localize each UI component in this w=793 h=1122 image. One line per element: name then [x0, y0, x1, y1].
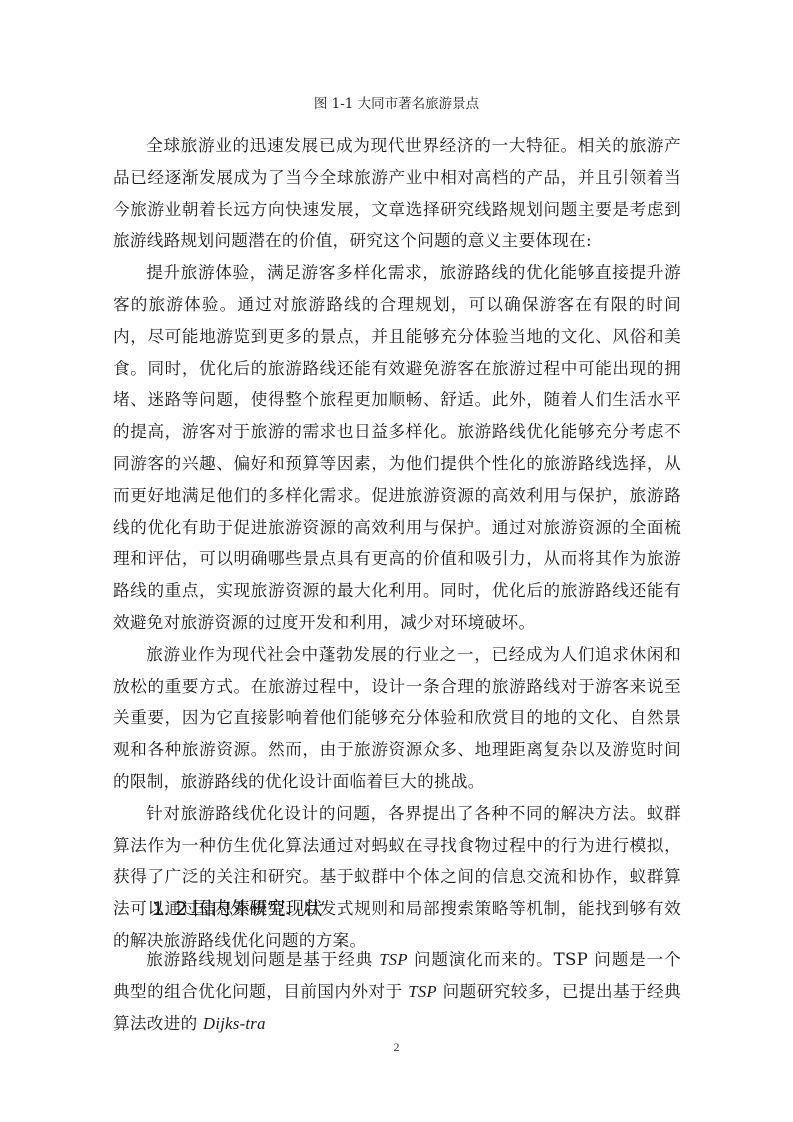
italic-term: Dijks-tra	[203, 1014, 266, 1033]
section-heading: 1. 2 国内外研究现状	[152, 896, 323, 924]
paragraph: 提升旅游体验，满足游客多样化需求，旅游路线的优化能够直接提升游客的旅游体验。通过…	[113, 257, 681, 639]
text-run: 旅游路线规划问题是基于经典	[146, 950, 379, 969]
paragraph: 旅游路线规划问题是基于经典 TSP 问题演化而来的。TSP 问题是一个典型的组合…	[113, 944, 681, 1039]
paragraph: 针对旅游路线优化设计的问题，各界提出了各种不同的解决方法。蚁群算法作为一种仿生优…	[113, 798, 681, 957]
figure-caption: 图 1-1 大同市著名旅游景点	[0, 94, 793, 114]
page-number: 2	[0, 1040, 793, 1055]
paragraph: 全球旅游业的迅速发展已成为现代世界经济的一大特征。相关的旅游产品已经逐渐发展成为…	[113, 130, 681, 257]
italic-term: TSP	[408, 982, 437, 1001]
italic-term: TSP	[379, 950, 408, 969]
section-body: 旅游路线规划问题是基于经典 TSP 问题演化而来的。TSP 问题是一个典型的组合…	[113, 944, 681, 1039]
paragraph: 旅游业作为现代社会中蓬勃发展的行业之一，已经成为人们追求休闲和放松的重要方式。在…	[113, 639, 681, 798]
document-page: 图 1-1 大同市著名旅游景点 全球旅游业的迅速发展已成为现代世界经济的一大特征…	[0, 0, 793, 1122]
intro-body: 全球旅游业的迅速发展已成为现代世界经济的一大特征。相关的旅游产品已经逐渐发展成为…	[113, 130, 681, 957]
